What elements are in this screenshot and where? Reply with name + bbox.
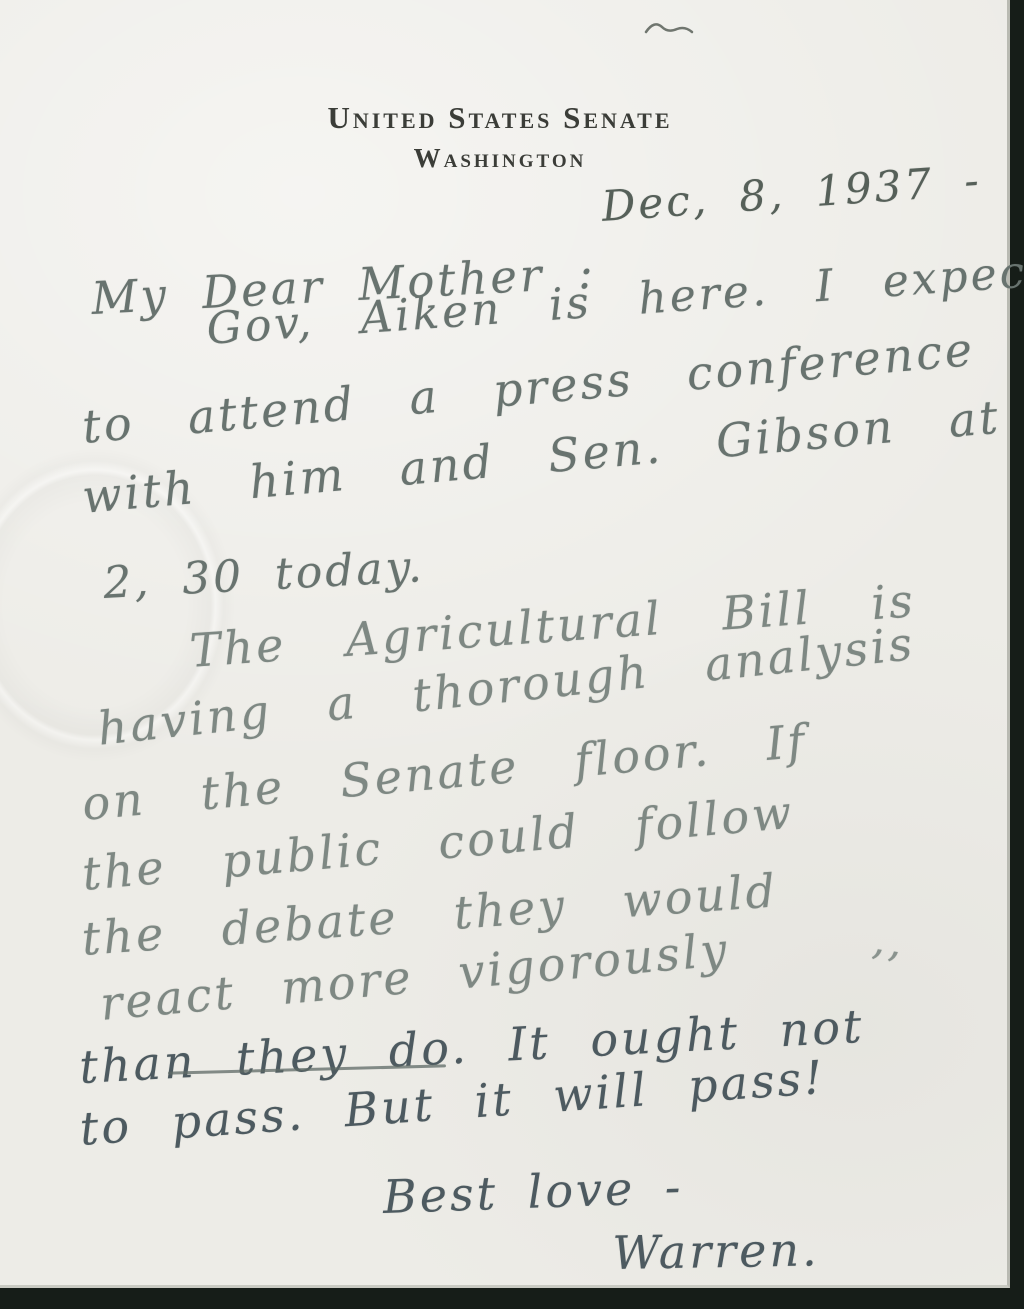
pen-mark bbox=[640, 12, 700, 42]
quote-mark: ’’ bbox=[865, 940, 904, 993]
letter-page: United States Senate Washington Dec, 8, … bbox=[0, 0, 1010, 1288]
letterhead: United States Senate Washington bbox=[0, 100, 1000, 174]
closing: Best love - bbox=[382, 1160, 684, 1224]
scan-backdrop: United States Senate Washington Dec, 8, … bbox=[0, 0, 1024, 1309]
letterhead-line1: United States Senate bbox=[0, 100, 1000, 136]
letter-line: 2, 30 today. bbox=[102, 541, 426, 609]
signature: Warren. bbox=[612, 1222, 820, 1280]
